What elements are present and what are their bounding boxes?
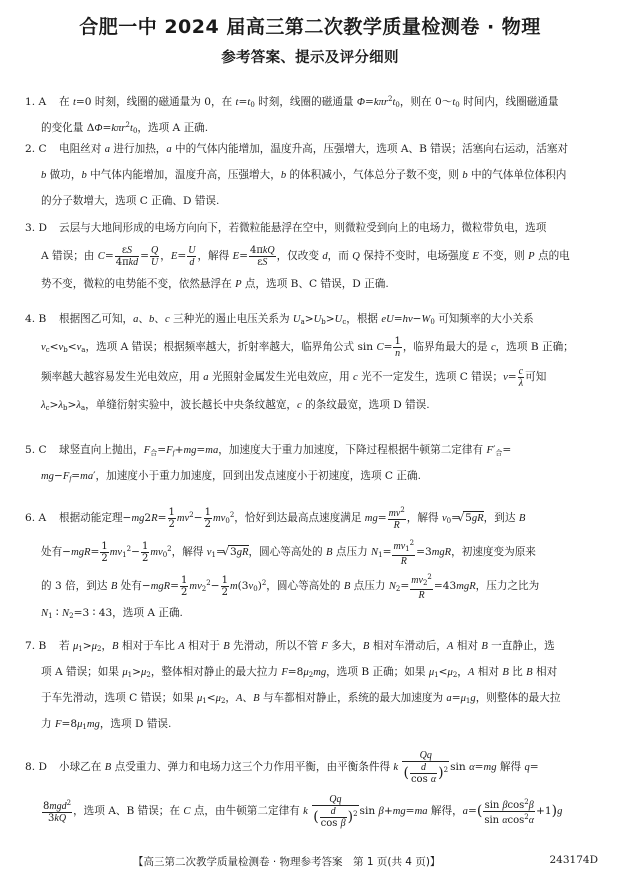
footer-page-info: 【高三第二次教学质量检测卷 · 物理参考答案 第 1 页(共 4 页)】 xyxy=(133,854,440,869)
page-title: 合肥一中 2024 届高三第二次教学质量检测卷 · 物理 xyxy=(0,12,620,39)
page-subtitle: 参考答案、提示及评分细则 xyxy=(0,46,620,67)
answer-number: 5. C xyxy=(25,437,59,463)
answer-6: 6. A根据动能定理−mg2R=12mv2−12mv02，恰好到达最高点速度满足… xyxy=(25,498,597,626)
answer-1: 1. A在 t=0 时刻，线圈的磁通量为 0，在 t=t0 时刻，线圈的磁通量 … xyxy=(25,86,597,138)
answer-4: 4. B根据图乙可知，a、b、c 三种光的遏止电压关系为 Ua>Ub>Uc，根据… xyxy=(25,306,597,418)
answer-number: 6. A xyxy=(25,501,59,535)
answer-number: 3. D xyxy=(25,215,59,241)
answer-text: 在 t=0 时刻，线圈的磁通量为 0，在 t=t0 时刻，线圈的磁通量 Φ=kπ… xyxy=(59,96,558,108)
answer-3: 3. D云层与大地间形成的电场方向向下，若微粒能悬浮在空中，则微粒受到向上的电场… xyxy=(25,215,597,297)
answer-8: 8. D小球乙在 B 点受重力、弹力和电场力这三个力作用平衡，由平衡条件得 k … xyxy=(25,745,597,833)
answer-7: 7. B若 μ1>μ2，B 相对于车比 A 相对于 B 先滑动，所以不管 F 多… xyxy=(25,633,597,737)
answer-number: 8. D xyxy=(25,745,59,789)
answer-number: 4. B xyxy=(25,306,59,332)
answer-number: 7. B xyxy=(25,633,59,659)
answer-number: 2. C xyxy=(25,136,59,162)
footer-code: 243174D xyxy=(549,854,598,866)
answer-2: 2. C电阻丝对 a 进行加热，a 中的气体内能增加，温度升高，压强增大，选项 … xyxy=(25,136,597,214)
answer-5: 5. C球竖直向上抛出，F合=Ff+mg=ma，加速度大于重力加速度，下降过程根… xyxy=(25,437,597,489)
